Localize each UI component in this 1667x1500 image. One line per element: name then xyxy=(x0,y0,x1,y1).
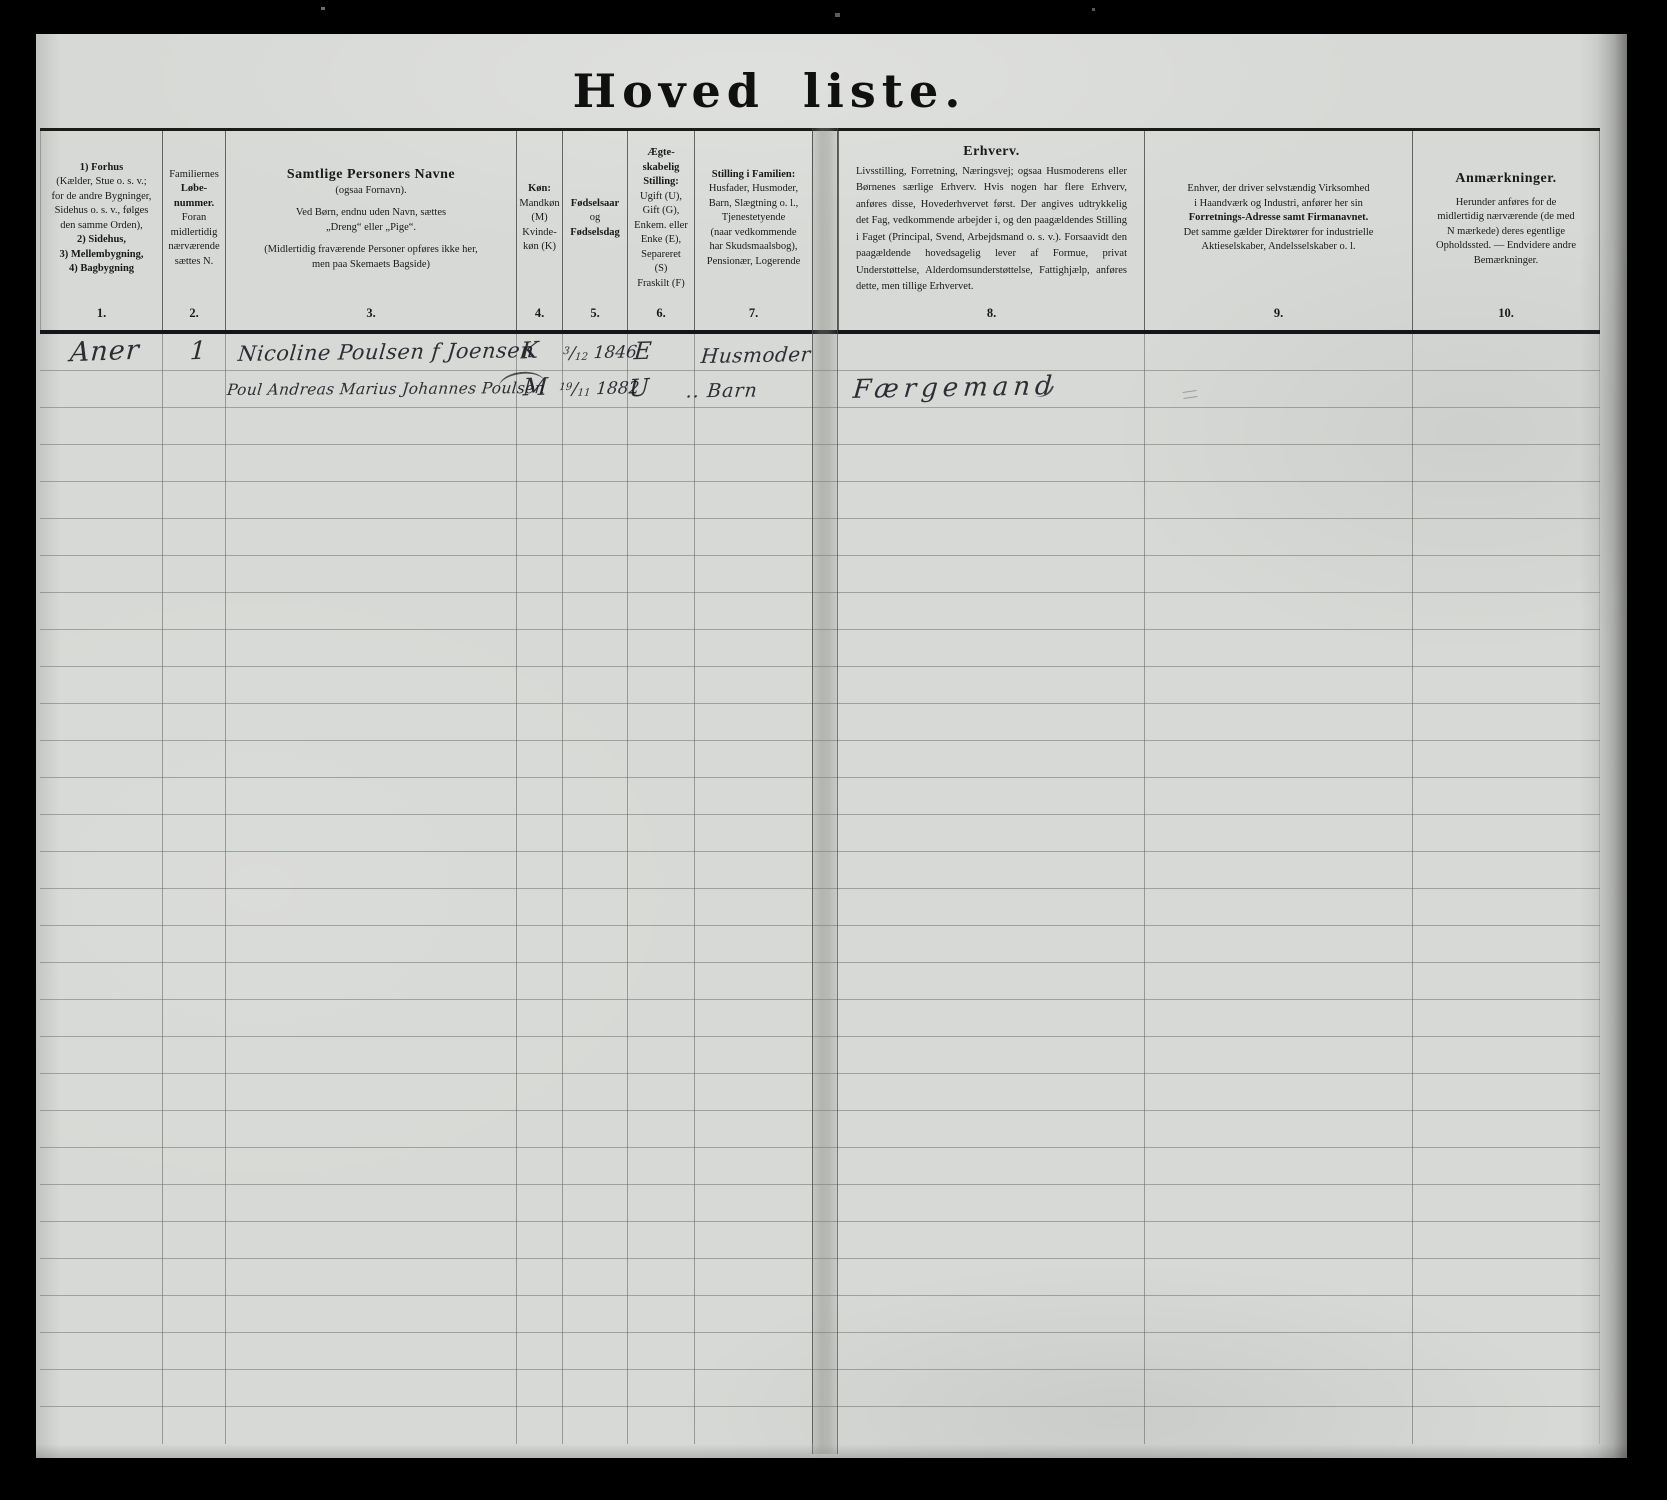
column-divider xyxy=(162,334,163,1444)
header-line: for de andre Bygninger, xyxy=(52,190,152,205)
column-divider xyxy=(1599,334,1600,1444)
header-line: Anmærkninger. xyxy=(1455,169,1556,188)
header-line: Stilling: xyxy=(643,175,679,190)
column-header-text: Erhverv.Livsstilling, Forretning, Næring… xyxy=(844,135,1139,302)
header-line: Sidehus o. s. v., følges xyxy=(55,204,149,219)
header-line: Ugift (U), xyxy=(640,190,682,205)
column-number: 7. xyxy=(700,302,807,328)
column-header-text: Samtlige Personers Navne(ogsaa Fornavn).… xyxy=(231,135,511,302)
column-header-1: 1) Forhus(Kælder, Stue o. s. v.;for de a… xyxy=(40,131,162,330)
header-line: Aktieselskaber, Andelsselskaber o. l. xyxy=(1201,240,1355,255)
header-line: Ægte- xyxy=(647,146,674,161)
header-line: Pensionær, Logerende xyxy=(707,255,800,270)
handwritten-name: Poul Andreas Marius Johannes Poulsen xyxy=(226,381,545,398)
header-line: 1) Forhus xyxy=(80,161,123,176)
header-line: 3) Mellembygning, xyxy=(60,248,144,263)
handwritten-sex: K xyxy=(520,340,538,364)
column-divider xyxy=(225,334,226,1444)
header-line: 2) Sidehus, xyxy=(77,233,126,248)
header-line: 4) Bagbygning xyxy=(69,262,134,277)
header-line: nærværende xyxy=(168,240,219,255)
column-header-9: Enhver, der driver selvstændig Virksomhe… xyxy=(1144,131,1412,330)
column-number: 5. xyxy=(568,302,622,328)
handwritten-birth: 3/12 1846 xyxy=(562,344,637,363)
header-line: Kvinde- xyxy=(522,226,556,241)
header-line: nummer. xyxy=(174,197,214,212)
column-header-3: Samtlige Personers Navne(ogsaa Fornavn).… xyxy=(225,131,516,330)
header-line: Forretnings-Adresse samt Firmanavnet. xyxy=(1189,211,1369,226)
column-divider xyxy=(1144,334,1145,1444)
column-header-text: 1) Forhus(Kælder, Stue o. s. v.;for de a… xyxy=(46,135,157,302)
header-line: „Dreng“ eller „Pige“. xyxy=(326,221,416,236)
column-number: 1. xyxy=(46,302,157,328)
column-header-text: Enhver, der driver selvstændig Virksomhe… xyxy=(1150,135,1407,302)
column-number: 10. xyxy=(1418,302,1594,328)
column-number: 8. xyxy=(844,302,1139,328)
header-line: (M) xyxy=(531,211,547,226)
scanned-census-page: Hoved liste. 1) Forhus(Kælder, Stue o. s… xyxy=(0,0,1667,1500)
header-paragraph: Livsstilling, Forretning, Næringsvej; og… xyxy=(844,161,1139,296)
header-line: men paa Skemaets Bagside) xyxy=(312,258,430,273)
column-header-text: Stilling i Familien:Husfader, Husmoder,B… xyxy=(700,135,807,302)
header-line: skabelig xyxy=(643,161,680,176)
header-line: Løbe- xyxy=(181,182,207,197)
header-line: Foran xyxy=(182,211,207,226)
header-line: og xyxy=(590,211,601,226)
handwritten-family-position: Husmoder xyxy=(700,344,812,366)
header-line: Tjenestetyende xyxy=(722,211,786,226)
header-line: Barn, Slægtning o. l., xyxy=(709,197,799,212)
header-line: (ogsaa Fornavn). xyxy=(335,184,406,199)
column-number: 3. xyxy=(231,302,511,328)
column-divider xyxy=(516,334,517,1444)
header-line: Fraskilt (F) xyxy=(637,277,685,292)
header-line: Fødselsdag xyxy=(570,226,620,241)
scan-speck xyxy=(835,13,840,17)
handwritten-name: Nicoline Poulsen f Joensen xyxy=(237,340,535,365)
header-line: Samtlige Personers Navne xyxy=(287,165,455,184)
header-line: Familiernes xyxy=(169,168,219,183)
column-header-text: Køn:Mandkøn(M)Kvinde-køn (K) xyxy=(522,135,557,302)
header-line: (Kælder, Stue o. s. v.; xyxy=(56,175,146,190)
header-line: (Midlertidig fraværende Personer opføres… xyxy=(264,243,478,258)
header-line: har Skudsmaalsbog), xyxy=(709,240,797,255)
header-line: Fødselsaar xyxy=(571,197,619,212)
column-divider xyxy=(562,334,563,1444)
header-line: Herunder anføres for de xyxy=(1456,196,1557,211)
header-line: i Haandværk og Industri, anfører her sin xyxy=(1194,197,1363,212)
header-line: Ved Børn, endnu uden Navn, sættes xyxy=(296,206,446,221)
handwritten-family-position: .. Barn xyxy=(685,382,758,402)
column-header-2: FamiliernesLøbe-nummer.Foranmidlertidign… xyxy=(162,131,225,330)
header-line: Enhver, der driver selvstændig Virksomhe… xyxy=(1187,182,1369,197)
column-header-text: FamiliernesLøbe-nummer.Foranmidlertidign… xyxy=(168,135,220,302)
handwritten-marital-status: U xyxy=(628,375,649,400)
header-line: køn (K) xyxy=(523,240,556,255)
column-header-10: Anmærkninger.Herunder anføres for demidl… xyxy=(1412,131,1600,330)
column-header-7: Stilling i Familien:Husfader, Husmoder,B… xyxy=(694,131,812,330)
scan-speck xyxy=(1092,8,1095,11)
handwritten-occupation: Færgemand xyxy=(852,373,1058,403)
column-number: 2. xyxy=(168,302,220,328)
header-line: Erhverv. xyxy=(963,142,1020,161)
column-divider xyxy=(694,334,695,1444)
column-header-5: FødselsaarogFødselsdag5. xyxy=(562,131,627,330)
handwritten-marital-status: E xyxy=(633,339,652,363)
header-line: Opholdssted. — Endvidere andre xyxy=(1436,239,1576,254)
header-line: Det samme gælder Direktører for industri… xyxy=(1184,226,1374,241)
header-line: midlertidig nærværende (de med xyxy=(1437,210,1574,225)
column-divider xyxy=(627,334,628,1444)
column-number: 6. xyxy=(633,302,689,328)
column-header-6: Ægte-skabeligStilling:Ugift (U),Gift (G)… xyxy=(627,131,694,330)
header-line: Enkem. eller xyxy=(634,219,688,234)
handwritten-building: Aner xyxy=(69,337,141,367)
column-header-text: Ægte-skabeligStilling:Ugift (U),Gift (G)… xyxy=(633,135,689,302)
header-line: N mærkede) deres egentlige xyxy=(1447,225,1565,240)
column-divider xyxy=(1412,334,1413,1444)
header-line: Køn: xyxy=(528,182,551,197)
header-line: midlertidig xyxy=(171,226,218,241)
header-line: den samme Orden), xyxy=(60,219,143,234)
header-line: Gift (G), xyxy=(643,204,680,219)
column-number: 9. xyxy=(1150,302,1407,328)
scan-speck xyxy=(321,7,325,10)
column-header-4: Køn:Mandkøn(M)Kvinde-køn (K)4. xyxy=(516,131,562,330)
page-title: Hoved liste. xyxy=(0,64,1603,118)
column-header-text: FødselsaarogFødselsdag xyxy=(568,135,622,302)
column-number: 4. xyxy=(522,302,557,328)
header-line: sættes N. xyxy=(175,255,214,270)
column-header-8: Erhverv.Livsstilling, Forretning, Næring… xyxy=(838,131,1144,330)
header-line: Mandkøn xyxy=(519,197,559,212)
column-header-text: Anmærkninger.Herunder anføres for demidl… xyxy=(1418,135,1594,302)
header-line: Stilling i Familien: xyxy=(712,168,795,183)
header-line: Separeret xyxy=(641,248,681,263)
header-line: Enke (E), xyxy=(641,233,681,248)
header-line: Husfader, Husmoder, xyxy=(709,182,798,197)
handwritten-family-number: 1 xyxy=(189,338,206,364)
header-line: (S) xyxy=(655,262,668,277)
header-line: (naar vedkommende xyxy=(710,226,796,241)
page-fold xyxy=(812,128,838,1454)
header-line: Bemærkninger. xyxy=(1474,254,1538,269)
